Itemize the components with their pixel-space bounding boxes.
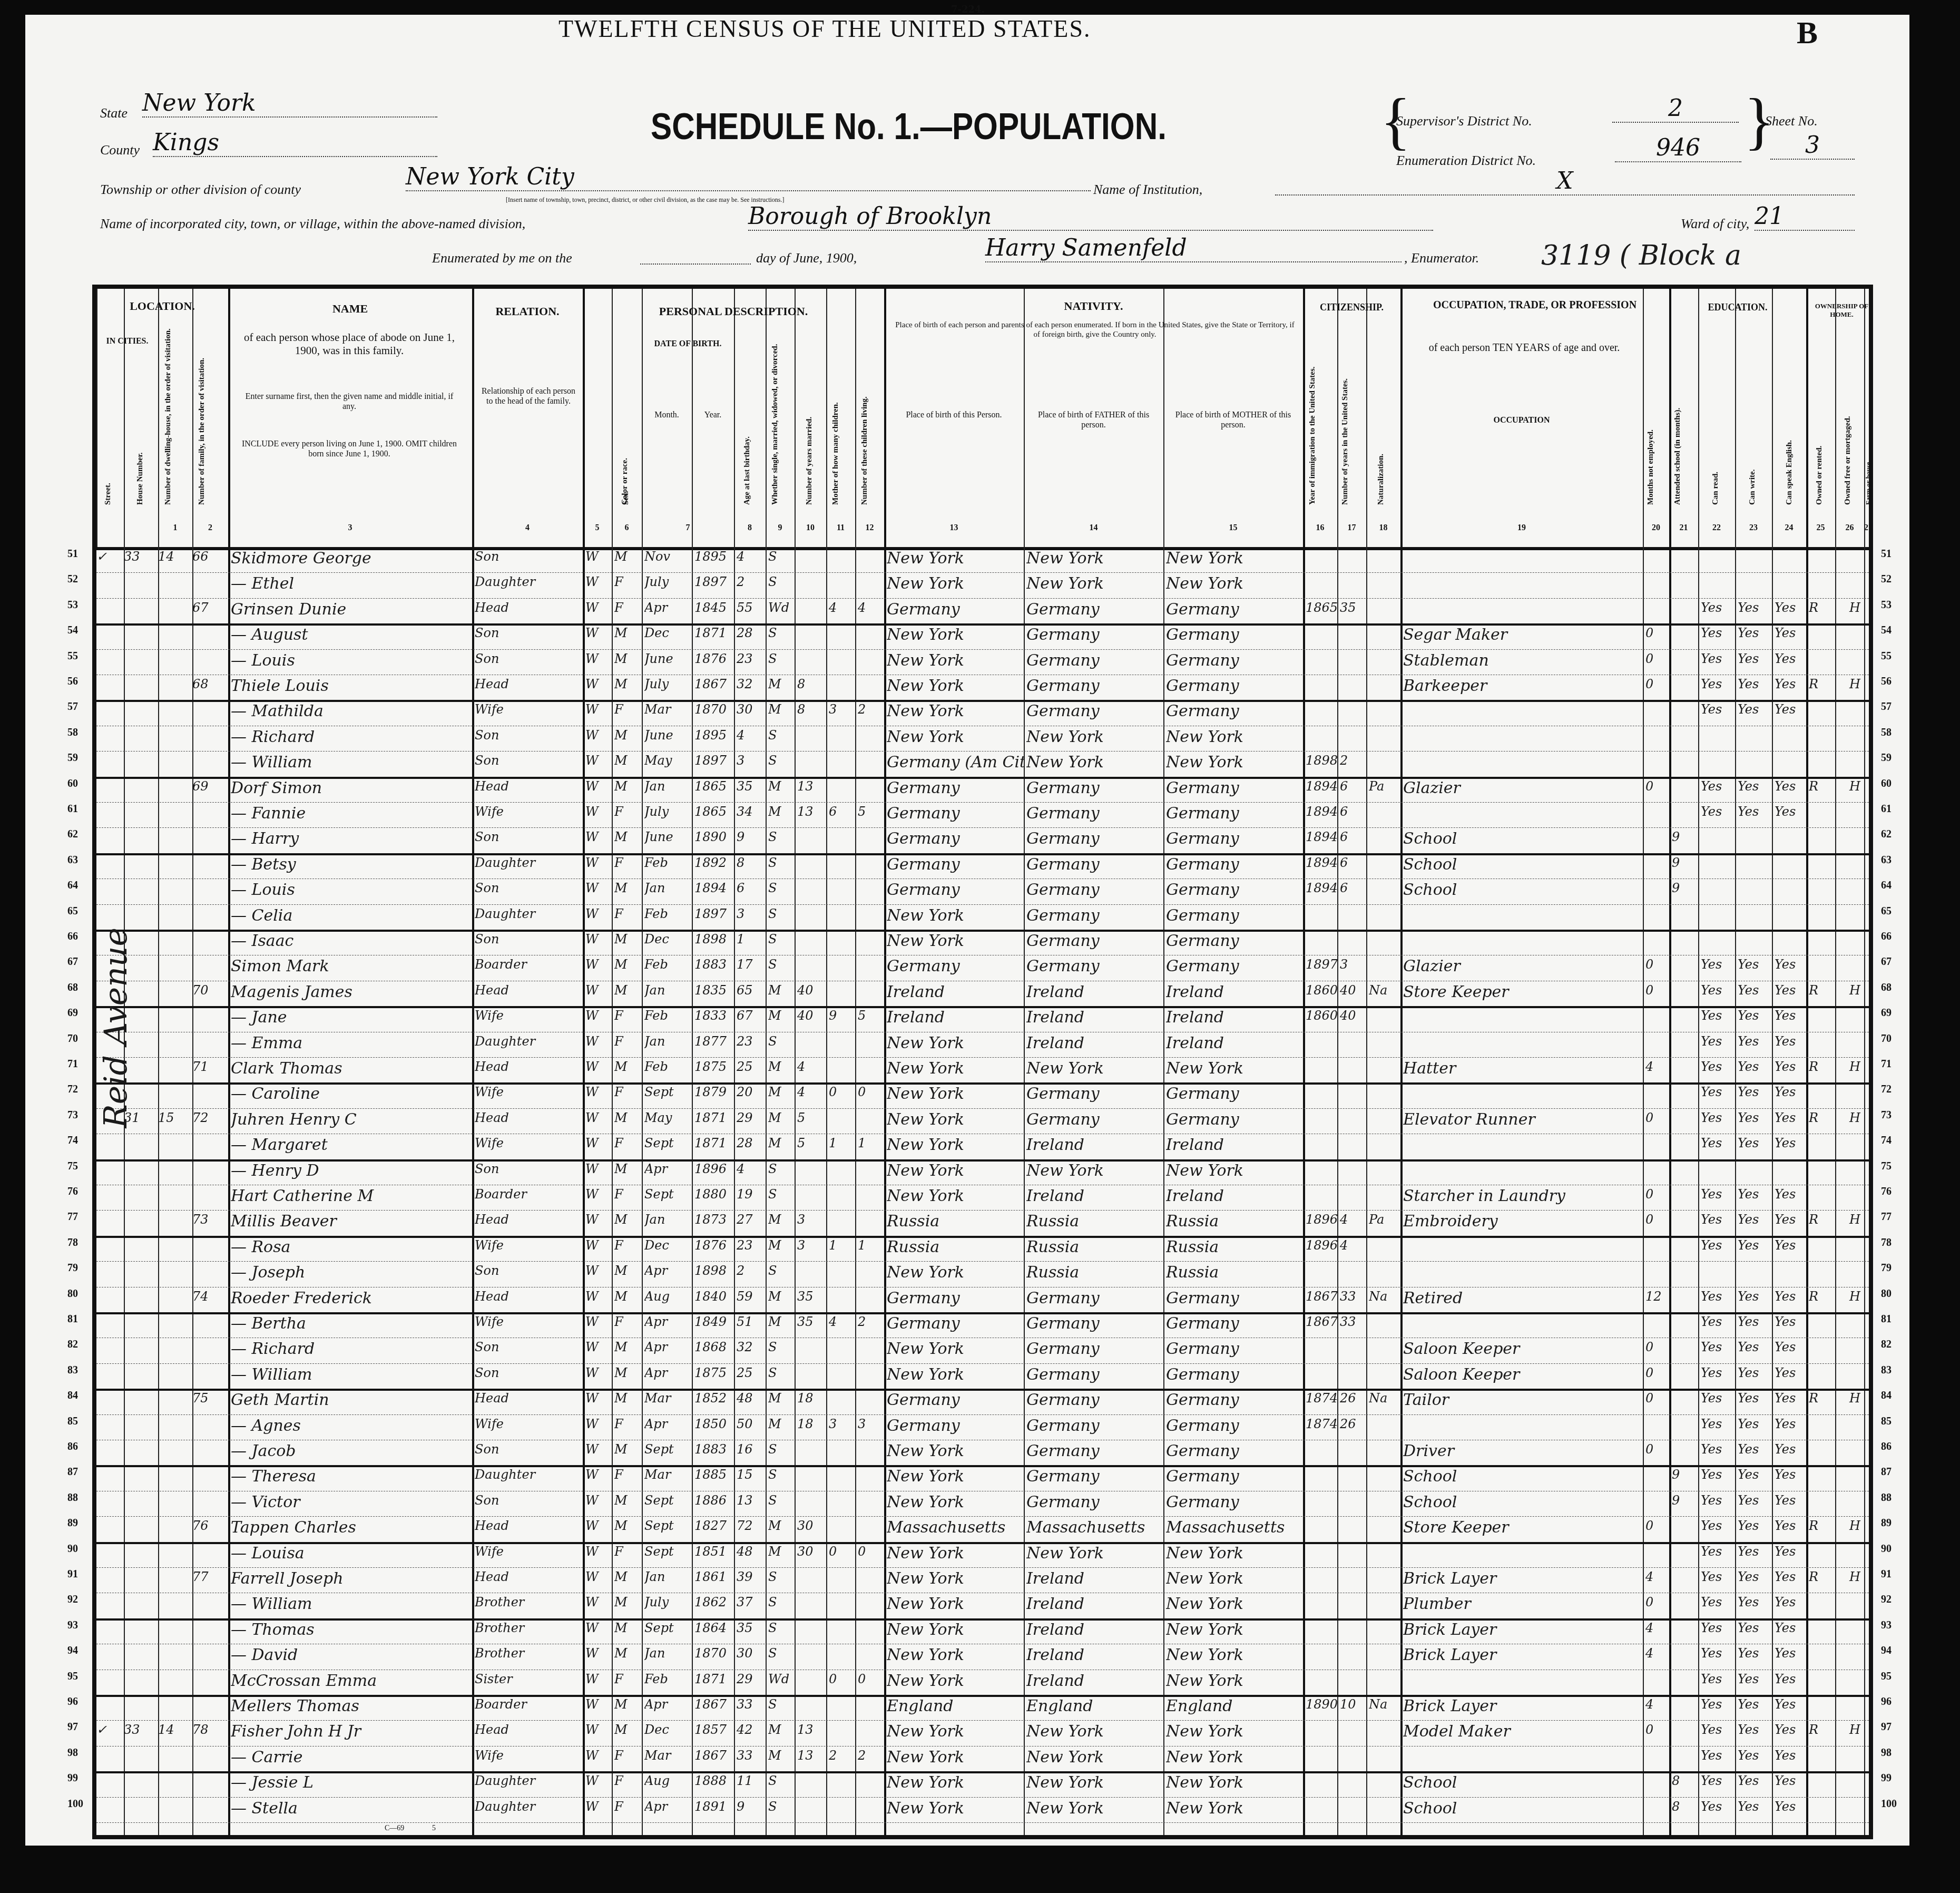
children-living-cell: 5 [858, 1008, 884, 1023]
birthplace-father-cell: Germany [1026, 830, 1163, 848]
city-field[interactable]: Borough of Brooklyn [748, 203, 1433, 231]
birthplace-mother-cell: Germany [1166, 881, 1303, 899]
line-number: 86 [1881, 1441, 1892, 1453]
age-cell: 16 [737, 1442, 766, 1457]
name-cell: — Thomas [231, 1621, 471, 1639]
occupation-description: of each person TEN YEARS of age and over… [1406, 341, 1643, 354]
relation-cell: Son [475, 1442, 583, 1457]
line-number: 83 [67, 1364, 78, 1377]
can-write-cell: Yes [1738, 1621, 1772, 1635]
age-cell: 1 [737, 932, 766, 946]
can-speak-english-cell: Yes [1775, 1238, 1806, 1253]
birth-month-cell: Apr [644, 1799, 692, 1814]
birth-month-cell: Aug [644, 1773, 692, 1788]
line-number: 65 [67, 905, 78, 918]
birth-year-cell: 1876 [694, 651, 734, 666]
naturalization-cell: Na [1369, 1697, 1400, 1712]
birth-year-cell: 1845 [694, 600, 734, 615]
line-number: 86 [67, 1441, 78, 1453]
relation-cell: Head [475, 779, 583, 794]
can-speak-english-cell: Yes [1775, 1365, 1806, 1380]
birthplace-mother-cell: Ireland [1166, 1136, 1303, 1154]
column-number: 27 [1864, 523, 1869, 533]
birth-month-cell: Apr [644, 1697, 692, 1712]
can-read-cell: Yes [1701, 1136, 1735, 1150]
birth-month-cell: Dec [644, 1238, 692, 1253]
color-cell: W [585, 1238, 612, 1253]
name-cell: Geth Martin [231, 1391, 471, 1409]
institution-field[interactable]: X [1275, 168, 1855, 196]
birthplace-mother-cell: Ireland [1166, 1187, 1303, 1205]
table-row: — RichardSonWMJune18954SNew YorkNew York… [96, 726, 1869, 752]
birth-year-cell: 1849 [694, 1314, 734, 1329]
birthplace-father-cell: Germany [1026, 1110, 1163, 1129]
years-married-cell: 40 [797, 983, 826, 998]
age-cell: 72 [737, 1518, 766, 1533]
birthplace-mother-cell: Germany [1166, 1110, 1303, 1129]
years-married-cell: 3 [797, 1238, 826, 1253]
can-write-cell: Yes [1738, 1314, 1772, 1329]
name-cell: Skidmore George [231, 549, 471, 568]
immigration-year-cell: 1860 [1306, 1008, 1337, 1023]
birthplace-mother-cell: Germany [1166, 1493, 1303, 1511]
years-in-us-cell: 40 [1340, 983, 1366, 998]
age-cell: 23 [737, 1238, 766, 1253]
can-speak-english-cell: Yes [1775, 1697, 1806, 1712]
can-read-cell: Yes [1701, 1799, 1735, 1814]
age-cell: 25 [737, 1059, 766, 1074]
months-unemployed-cell: 12 [1645, 1289, 1669, 1304]
owned-rented-cell: R [1809, 600, 1835, 615]
marital-status-cell: M [768, 1518, 795, 1533]
group-ownership: OWNERSHIP OF HOME. [1806, 302, 1877, 319]
relation-cell: Son [475, 1493, 583, 1508]
farm-house-cell: H [1838, 1569, 1872, 1584]
mother-of-cell: 9 [829, 1008, 855, 1023]
birthplace-father-cell: New York [1026, 574, 1163, 593]
birthplace-person-cell: New York [887, 1085, 1024, 1103]
table-row: — WilliamSonWMApr187525SNew YorkGermanyG… [96, 1363, 1869, 1391]
occupation-cell: Stableman [1403, 651, 1643, 670]
can-speak-english-cell: Yes [1775, 1212, 1806, 1227]
table-row: — LouisSonWMJan18946SGermanyGermanyGerma… [96, 879, 1869, 904]
occupation-cell: Model Maker [1403, 1722, 1643, 1741]
table-row: 69Dorf SimonHeadWMJan186535M13GermanyGer… [96, 777, 1869, 803]
color-cell: W [585, 1646, 612, 1661]
mother-of-cell: 0 [829, 1672, 855, 1686]
line-number: 76 [1881, 1186, 1892, 1198]
sex-cell: M [614, 830, 642, 844]
marital-status-cell: M [768, 1289, 795, 1304]
township-field[interactable]: New York City [406, 163, 1091, 191]
color-cell: W [585, 1391, 612, 1406]
line-number: 54 [67, 625, 78, 637]
children-living-cell: 5 [858, 804, 884, 819]
color-cell: W [585, 1493, 612, 1508]
birth-year-cell: 1886 [694, 1493, 734, 1508]
sheet-number-field[interactable]: 3 [1770, 132, 1855, 160]
family-number-cell: 76 [192, 1518, 228, 1533]
can-write-cell: Yes [1738, 804, 1772, 819]
can-write-cell: Yes [1738, 1238, 1772, 1253]
name-cell: — Carrie [231, 1748, 471, 1767]
line-number: 73 [1881, 1109, 1892, 1121]
sex-cell: M [614, 1289, 642, 1304]
mother-of-cell: 2 [829, 1748, 855, 1763]
name-cell: — Stella [231, 1799, 471, 1818]
birthplace-father-cell: Germany [1026, 906, 1163, 925]
birthplace-father-cell: Ireland [1026, 1646, 1163, 1664]
age-cell: 3 [737, 753, 766, 768]
can-read-cell: Yes [1701, 1314, 1735, 1329]
birth-month-cell: July [644, 1595, 692, 1609]
children-living-cell: 1 [858, 1238, 884, 1253]
sex-cell: F [614, 1799, 642, 1814]
can-read-cell: Yes [1701, 702, 1735, 717]
table-row: — EmmaDaughterWFJan187723SNew YorkIrelan… [96, 1032, 1869, 1058]
name-cell: McCrossan Emma [231, 1672, 471, 1690]
birthplace-father-cell: Germany [1026, 1314, 1163, 1333]
mother-of-cell: 3 [829, 702, 855, 717]
form-code: C—69 [385, 1824, 404, 1833]
marital-status-cell: S [768, 1187, 795, 1202]
occupation-cell: School [1403, 881, 1643, 899]
line-number: 98 [67, 1747, 78, 1759]
birthplace-mother-cell: Ireland [1166, 1008, 1303, 1027]
relation-cell: Head [475, 1391, 583, 1406]
farm-house-cell: H [1838, 983, 1872, 998]
years-in-us-cell: 26 [1340, 1417, 1366, 1431]
birthplace-person-cell: New York [887, 1646, 1024, 1664]
line-number: 61 [67, 803, 78, 815]
birthplace-mother-cell: Germany [1166, 702, 1303, 720]
age-cell: 4 [737, 728, 766, 743]
birthplace-father-cell: Germany [1026, 651, 1163, 670]
marital-status-cell: S [768, 1621, 795, 1635]
can-write-cell: Yes [1738, 1136, 1772, 1150]
occupation-cell: School [1403, 1467, 1643, 1486]
sex-cell: M [614, 677, 642, 691]
name-instruction-1: Enter surname first, then the given name… [239, 392, 460, 412]
birthplace-mother-cell: New York [1166, 1672, 1303, 1690]
immigration-year-cell: 1860 [1306, 983, 1337, 998]
line-number: 84 [1881, 1390, 1892, 1402]
sex-cell: F [614, 804, 642, 819]
name-cell: — Jessie L [231, 1773, 471, 1792]
table-row: — JaneWifeWFFeb183367M4095IrelandIreland… [96, 1006, 1869, 1032]
enumeration-day-field[interactable] [640, 242, 751, 265]
sex-cell: M [614, 1340, 642, 1354]
name-cell: Simon Mark [231, 957, 471, 975]
age-cell: 34 [737, 804, 766, 819]
column-number: 15 [1163, 523, 1303, 533]
marital-status-cell: M [768, 1085, 795, 1099]
name-cell: — Theresa [231, 1467, 471, 1486]
birthplace-person-cell: New York [887, 1569, 1024, 1588]
can-read-cell: Yes [1701, 983, 1735, 998]
mother-of-cell: 4 [829, 1314, 855, 1329]
birth-year-cell: 1861 [694, 1569, 734, 1584]
birthplace-father-cell: Germany [1026, 600, 1163, 619]
birth-year-cell: 1868 [694, 1340, 734, 1354]
birthplace-mother-cell: New York [1166, 1595, 1303, 1613]
owned-rented-cell: R [1809, 677, 1835, 691]
color-cell: W [585, 1340, 612, 1354]
owned-rented-cell: R [1809, 1212, 1835, 1227]
school-months-cell: 8 [1672, 1799, 1698, 1814]
mother-of-cell: 0 [829, 1085, 855, 1099]
line-number: 74 [1881, 1135, 1892, 1147]
owned-rented-cell: R [1809, 1518, 1835, 1533]
column-number: 12 [855, 523, 884, 533]
sex-cell: F [614, 1085, 642, 1099]
sex-cell: M [614, 1493, 642, 1508]
can-speak-english-cell: Yes [1775, 702, 1806, 717]
can-read-cell: Yes [1701, 1467, 1735, 1482]
line-number: 93 [67, 1619, 78, 1632]
header-family: Number of family, in the order of visita… [198, 320, 221, 505]
sex-cell: M [614, 1646, 642, 1661]
relation-cell: Head [475, 1518, 583, 1533]
sex-cell: F [614, 1034, 642, 1049]
birthplace-father-cell: Germany [1026, 1085, 1163, 1103]
relation-cell: Son [475, 1340, 583, 1354]
color-cell: W [585, 1621, 612, 1635]
occupation-cell: Store Keeper [1403, 983, 1643, 1001]
marital-status-cell: S [768, 728, 795, 743]
birthplace-mother-cell: Germany [1166, 677, 1303, 695]
immigration-year-cell: 1897 [1306, 957, 1337, 972]
family-number-cell: 69 [192, 779, 228, 794]
marital-status-cell: M [768, 1391, 795, 1406]
form-number: 7-224. [951, 4, 985, 15]
group-occupation: OCCUPATION, TRADE, OR PROFESSION [1400, 299, 1669, 311]
line-number: 78 [1881, 1237, 1892, 1249]
years-married-cell: 13 [797, 1748, 826, 1763]
birth-year-cell: 1867 [694, 1697, 734, 1712]
can-speak-english-cell: Yes [1775, 1289, 1806, 1304]
farm-house-cell: H [1838, 677, 1872, 691]
age-cell: 6 [737, 881, 766, 895]
birth-year-cell: 1880 [694, 1187, 734, 1202]
occupation-cell: Segar Maker [1403, 626, 1643, 644]
relation-cell: Wife [475, 804, 583, 819]
supervisor-district-field[interactable]: 2 [1612, 95, 1739, 123]
can-speak-english-cell: Yes [1775, 1773, 1806, 1788]
marital-status-cell: S [768, 1340, 795, 1354]
dwelling-number-cell: 14 [158, 1722, 192, 1737]
column-number: 4 [472, 523, 583, 533]
column-number: 2 [192, 523, 228, 533]
color-cell: W [585, 1187, 612, 1202]
state-field[interactable]: New York [142, 90, 437, 118]
birthplace-person-cell: Germany [887, 1314, 1024, 1333]
age-cell: 67 [737, 1008, 766, 1023]
immigration-year-cell: 1867 [1306, 1289, 1337, 1304]
years-in-us-cell: 3 [1340, 957, 1366, 972]
can-speak-english-cell: Yes [1775, 1672, 1806, 1686]
years-married-cell: 35 [797, 1314, 826, 1329]
months-unemployed-cell: 0 [1645, 1187, 1669, 1202]
can-speak-english-cell: Yes [1775, 1493, 1806, 1508]
months-unemployed-cell: 0 [1645, 677, 1669, 691]
birthplace-person-cell: New York [887, 1773, 1024, 1792]
enumerator-name-field[interactable]: Harry Samenfeld [985, 235, 1402, 262]
table-row: — TheresaDaughterWFMar188515SNew YorkGer… [96, 1465, 1869, 1491]
marital-status-cell: M [768, 1544, 795, 1559]
enumeration-district-field[interactable]: 946 [1615, 134, 1741, 162]
birth-year-cell: 1877 [694, 1034, 734, 1049]
sex-cell: F [614, 1136, 642, 1150]
farm-house-cell: H [1838, 1289, 1872, 1304]
can-read-cell: Yes [1701, 1187, 1735, 1202]
line-number: 79 [67, 1262, 78, 1274]
can-read-cell: Yes [1701, 1672, 1735, 1686]
owned-rented-cell: R [1809, 779, 1835, 794]
group-relation: RELATION. [472, 305, 583, 318]
birthplace-mother-cell: Germany [1166, 626, 1303, 644]
farm-house-cell: H [1838, 600, 1872, 615]
can-speak-english-cell: Yes [1775, 1008, 1806, 1023]
supervisor-label: Supervisor's District No. [1396, 113, 1532, 129]
birthplace-father-cell: New York [1026, 1773, 1163, 1792]
name-cell: — Agnes [231, 1417, 471, 1435]
line-number: 57 [1881, 701, 1892, 713]
marital-status-cell: S [768, 1773, 795, 1788]
color-cell: W [585, 1085, 612, 1099]
birthplace-father-cell: Ireland [1026, 1569, 1163, 1588]
street-cell: ✓ [96, 1722, 124, 1737]
can-read-cell: Yes [1701, 1365, 1735, 1380]
can-speak-english-cell: Yes [1775, 1136, 1806, 1150]
birth-year-cell: 1892 [694, 855, 734, 870]
county-field[interactable]: Kings [153, 129, 437, 157]
name-cell: — Ethel [231, 574, 471, 593]
can-speak-english-cell: Yes [1775, 1442, 1806, 1457]
immigration-year-cell: 1867 [1306, 1314, 1337, 1329]
birthplace-father-cell: New York [1026, 1748, 1163, 1767]
name-cell: Magenis James [231, 983, 471, 1001]
birthplace-person-cell: Massachusetts [887, 1518, 1024, 1537]
birthplace-person-cell: Germany [887, 779, 1024, 797]
birth-month-cell: Feb [644, 957, 692, 972]
birthplace-person-cell: New York [887, 1722, 1024, 1741]
sex-cell: M [614, 1595, 642, 1609]
sex-cell: M [614, 728, 642, 743]
relation-cell: Daughter [475, 1773, 583, 1788]
family-number-cell: 68 [192, 677, 228, 691]
color-cell: W [585, 1365, 612, 1380]
sex-cell: M [614, 1518, 642, 1533]
relation-cell: Head [475, 1289, 583, 1304]
school-months-cell: 8 [1672, 1773, 1698, 1788]
color-cell: W [585, 600, 612, 615]
birth-year-cell: 1862 [694, 1595, 734, 1609]
line-number: 94 [67, 1645, 78, 1657]
school-months-cell: 9 [1672, 881, 1698, 895]
column-number: 13 [884, 523, 1024, 533]
line-number: 75 [67, 1160, 78, 1173]
ward-field[interactable]: 21 [1755, 203, 1855, 231]
birthplace-father-cell: New York [1026, 1799, 1163, 1818]
can-write-cell: Yes [1738, 1697, 1772, 1712]
footer-mark: 5 [432, 1824, 436, 1833]
years-married-cell: 30 [797, 1518, 826, 1533]
months-unemployed-cell: 0 [1645, 1340, 1669, 1354]
mother-of-cell: 3 [829, 1417, 855, 1431]
occupation-cell: School [1403, 1493, 1643, 1511]
can-read-cell: Yes [1701, 677, 1735, 691]
birthplace-father-cell: New York [1026, 1722, 1163, 1741]
birth-month-cell: Apr [644, 1314, 692, 1329]
marital-status-cell: S [768, 1467, 795, 1482]
children-living-cell: 0 [858, 1544, 884, 1559]
can-read-cell: Yes [1701, 1518, 1735, 1533]
line-number: 90 [67, 1543, 78, 1555]
color-cell: W [585, 804, 612, 819]
birthplace-mother-cell: New York [1166, 1544, 1303, 1563]
years-in-us-cell: 10 [1340, 1697, 1366, 1712]
birthplace-mother-cell: New York [1166, 1059, 1303, 1078]
color-cell: W [585, 1162, 612, 1176]
birth-month-cell: Sept [644, 1442, 692, 1457]
column-number: 17 [1337, 523, 1366, 533]
name-cell: Millis Beaver [231, 1212, 471, 1231]
years-married-cell: 30 [797, 1544, 826, 1559]
age-cell: 30 [737, 1646, 766, 1661]
line-number: 99 [1881, 1772, 1892, 1784]
marital-status-cell: S [768, 855, 795, 870]
birthplace-mother-cell: New York [1166, 1773, 1303, 1792]
years-married-cell: 13 [797, 804, 826, 819]
color-cell: W [585, 881, 612, 895]
birth-month-cell: Sept [644, 1621, 692, 1635]
color-cell: W [585, 1110, 612, 1125]
name-cell: — Isaac [231, 932, 471, 950]
birth-month-cell: Aug [644, 1289, 692, 1304]
can-write-cell: Yes [1738, 651, 1772, 666]
immigration-year-cell: 1894 [1306, 804, 1337, 819]
birth-month-cell: Jan [644, 1569, 692, 1584]
relation-cell: Wife [475, 1544, 583, 1559]
sex-cell: F [614, 855, 642, 870]
birth-month-cell: Mar [644, 1467, 692, 1482]
birth-month-cell: Mar [644, 702, 692, 717]
birth-year-cell: 1875 [694, 1059, 734, 1074]
can-read-cell: Yes [1701, 1340, 1735, 1354]
name-cell: Dorf Simon [231, 779, 471, 797]
column-number: 21 [1669, 523, 1698, 533]
header-sex: Sex. [622, 447, 631, 505]
table-row: — WilliamSonWMMay18973SGermany (Am Cit)N… [96, 751, 1869, 778]
birth-year-cell: 1873 [694, 1212, 734, 1227]
birthplace-person-cell: England [887, 1697, 1024, 1715]
children-living-cell: 4 [858, 600, 884, 615]
owned-rented-cell: R [1809, 1289, 1835, 1304]
birth-year-cell: 1894 [694, 881, 734, 895]
can-write-cell: Yes [1738, 1187, 1772, 1202]
birthplace-person-cell: New York [887, 1340, 1024, 1358]
immigration-year-cell: 1865 [1306, 600, 1337, 615]
group-personal-description: PERSONAL DESCRIPTION. [583, 305, 884, 318]
birthplace-mother-cell: Germany [1166, 1085, 1303, 1103]
header-birthplace-person: Place of birth of this Person. [889, 410, 1018, 420]
relation-cell: Son [475, 1365, 583, 1380]
can-write-cell: Yes [1738, 1008, 1772, 1023]
color-cell: W [585, 1034, 612, 1049]
can-read-cell: Yes [1701, 1085, 1735, 1099]
column-number: 18 [1366, 523, 1400, 533]
